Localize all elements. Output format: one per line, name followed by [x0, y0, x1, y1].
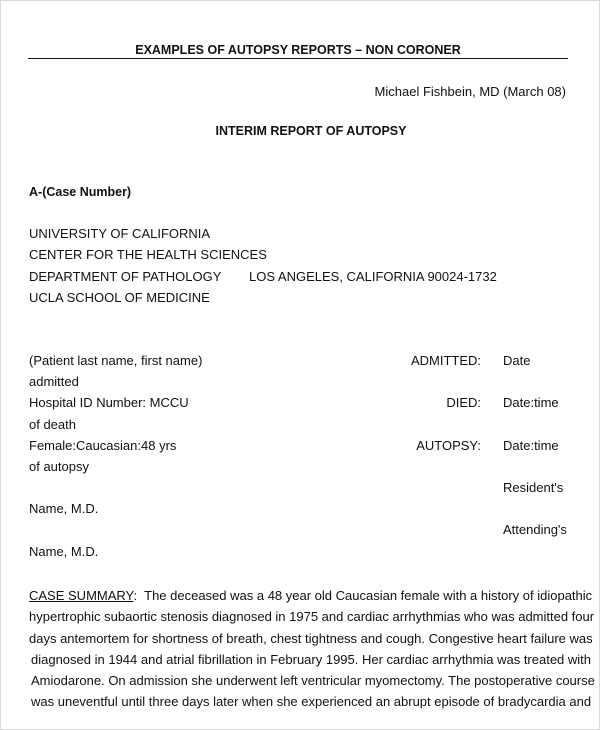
- case-summary-text: The deceased was a 48 year old Caucasian…: [144, 588, 592, 603]
- death-continuation: of death: [29, 417, 76, 433]
- author-line: Michael Fishbein, MD (March 08): [375, 84, 566, 100]
- attending-label: Attending's: [503, 522, 567, 538]
- attending-name: Name, M.D.: [29, 544, 98, 560]
- document-page: EXAMPLES OF AUTOPSY REPORTS – NON CORONE…: [0, 0, 600, 730]
- case-number: A-(Case Number): [29, 184, 131, 200]
- document-title: EXAMPLES OF AUTOPSY REPORTS – NON CORONE…: [1, 42, 595, 58]
- institution-address: LOS ANGELES, CALIFORNIA 90024-1732: [249, 269, 497, 285]
- patient-name-placeholder: (Patient last name, first name): [29, 353, 202, 369]
- title-divider: [28, 58, 568, 59]
- admitted-continuation: admitted: [29, 374, 79, 390]
- case-summary-line: hypertrophic subaortic stenosis diagnose…: [29, 606, 573, 627]
- hospital-id: Hospital ID Number: MCCU: [29, 395, 189, 411]
- case-summary-line: CASE SUMMARY: The deceased was a 48 year…: [29, 585, 573, 606]
- case-summary-line: Amiodarone. On admission she underwent l…: [29, 670, 573, 691]
- institution-line-4: UCLA SCHOOL OF MEDICINE: [29, 290, 210, 306]
- case-summary-colon: :: [134, 588, 145, 603]
- institution-line-2: CENTER FOR THE HEALTH SCIENCES: [29, 247, 267, 263]
- died-value: Date:time: [503, 395, 559, 411]
- patient-demographics: Female:Caucasian:48 yrs: [29, 438, 176, 454]
- autopsy-value: Date:time: [503, 438, 559, 454]
- autopsy-continuation: of autopsy: [29, 459, 89, 475]
- report-subtitle: INTERIM REPORT OF AUTOPSY: [1, 123, 600, 139]
- admitted-label: ADMITTED:: [281, 353, 481, 369]
- case-summary-line: diagnosed in 1944 and atrial fibrillatio…: [29, 649, 573, 670]
- resident-name: Name, M.D.: [29, 501, 98, 517]
- institution-line-3: DEPARTMENT OF PATHOLOGY: [29, 269, 221, 285]
- admitted-value: Date: [503, 353, 530, 369]
- case-summary-heading: CASE SUMMARY: [29, 588, 134, 603]
- case-summary-line: days antemortem for shortness of breath,…: [29, 628, 573, 649]
- died-label: DIED:: [281, 395, 481, 411]
- case-summary: CASE SUMMARY: The deceased was a 48 year…: [29, 585, 573, 713]
- case-summary-line: was uneventful until three days later wh…: [29, 691, 573, 712]
- resident-label: Resident's: [503, 480, 563, 496]
- institution-line-1: UNIVERSITY OF CALIFORNIA: [29, 226, 210, 242]
- autopsy-label: AUTOPSY:: [281, 438, 481, 454]
